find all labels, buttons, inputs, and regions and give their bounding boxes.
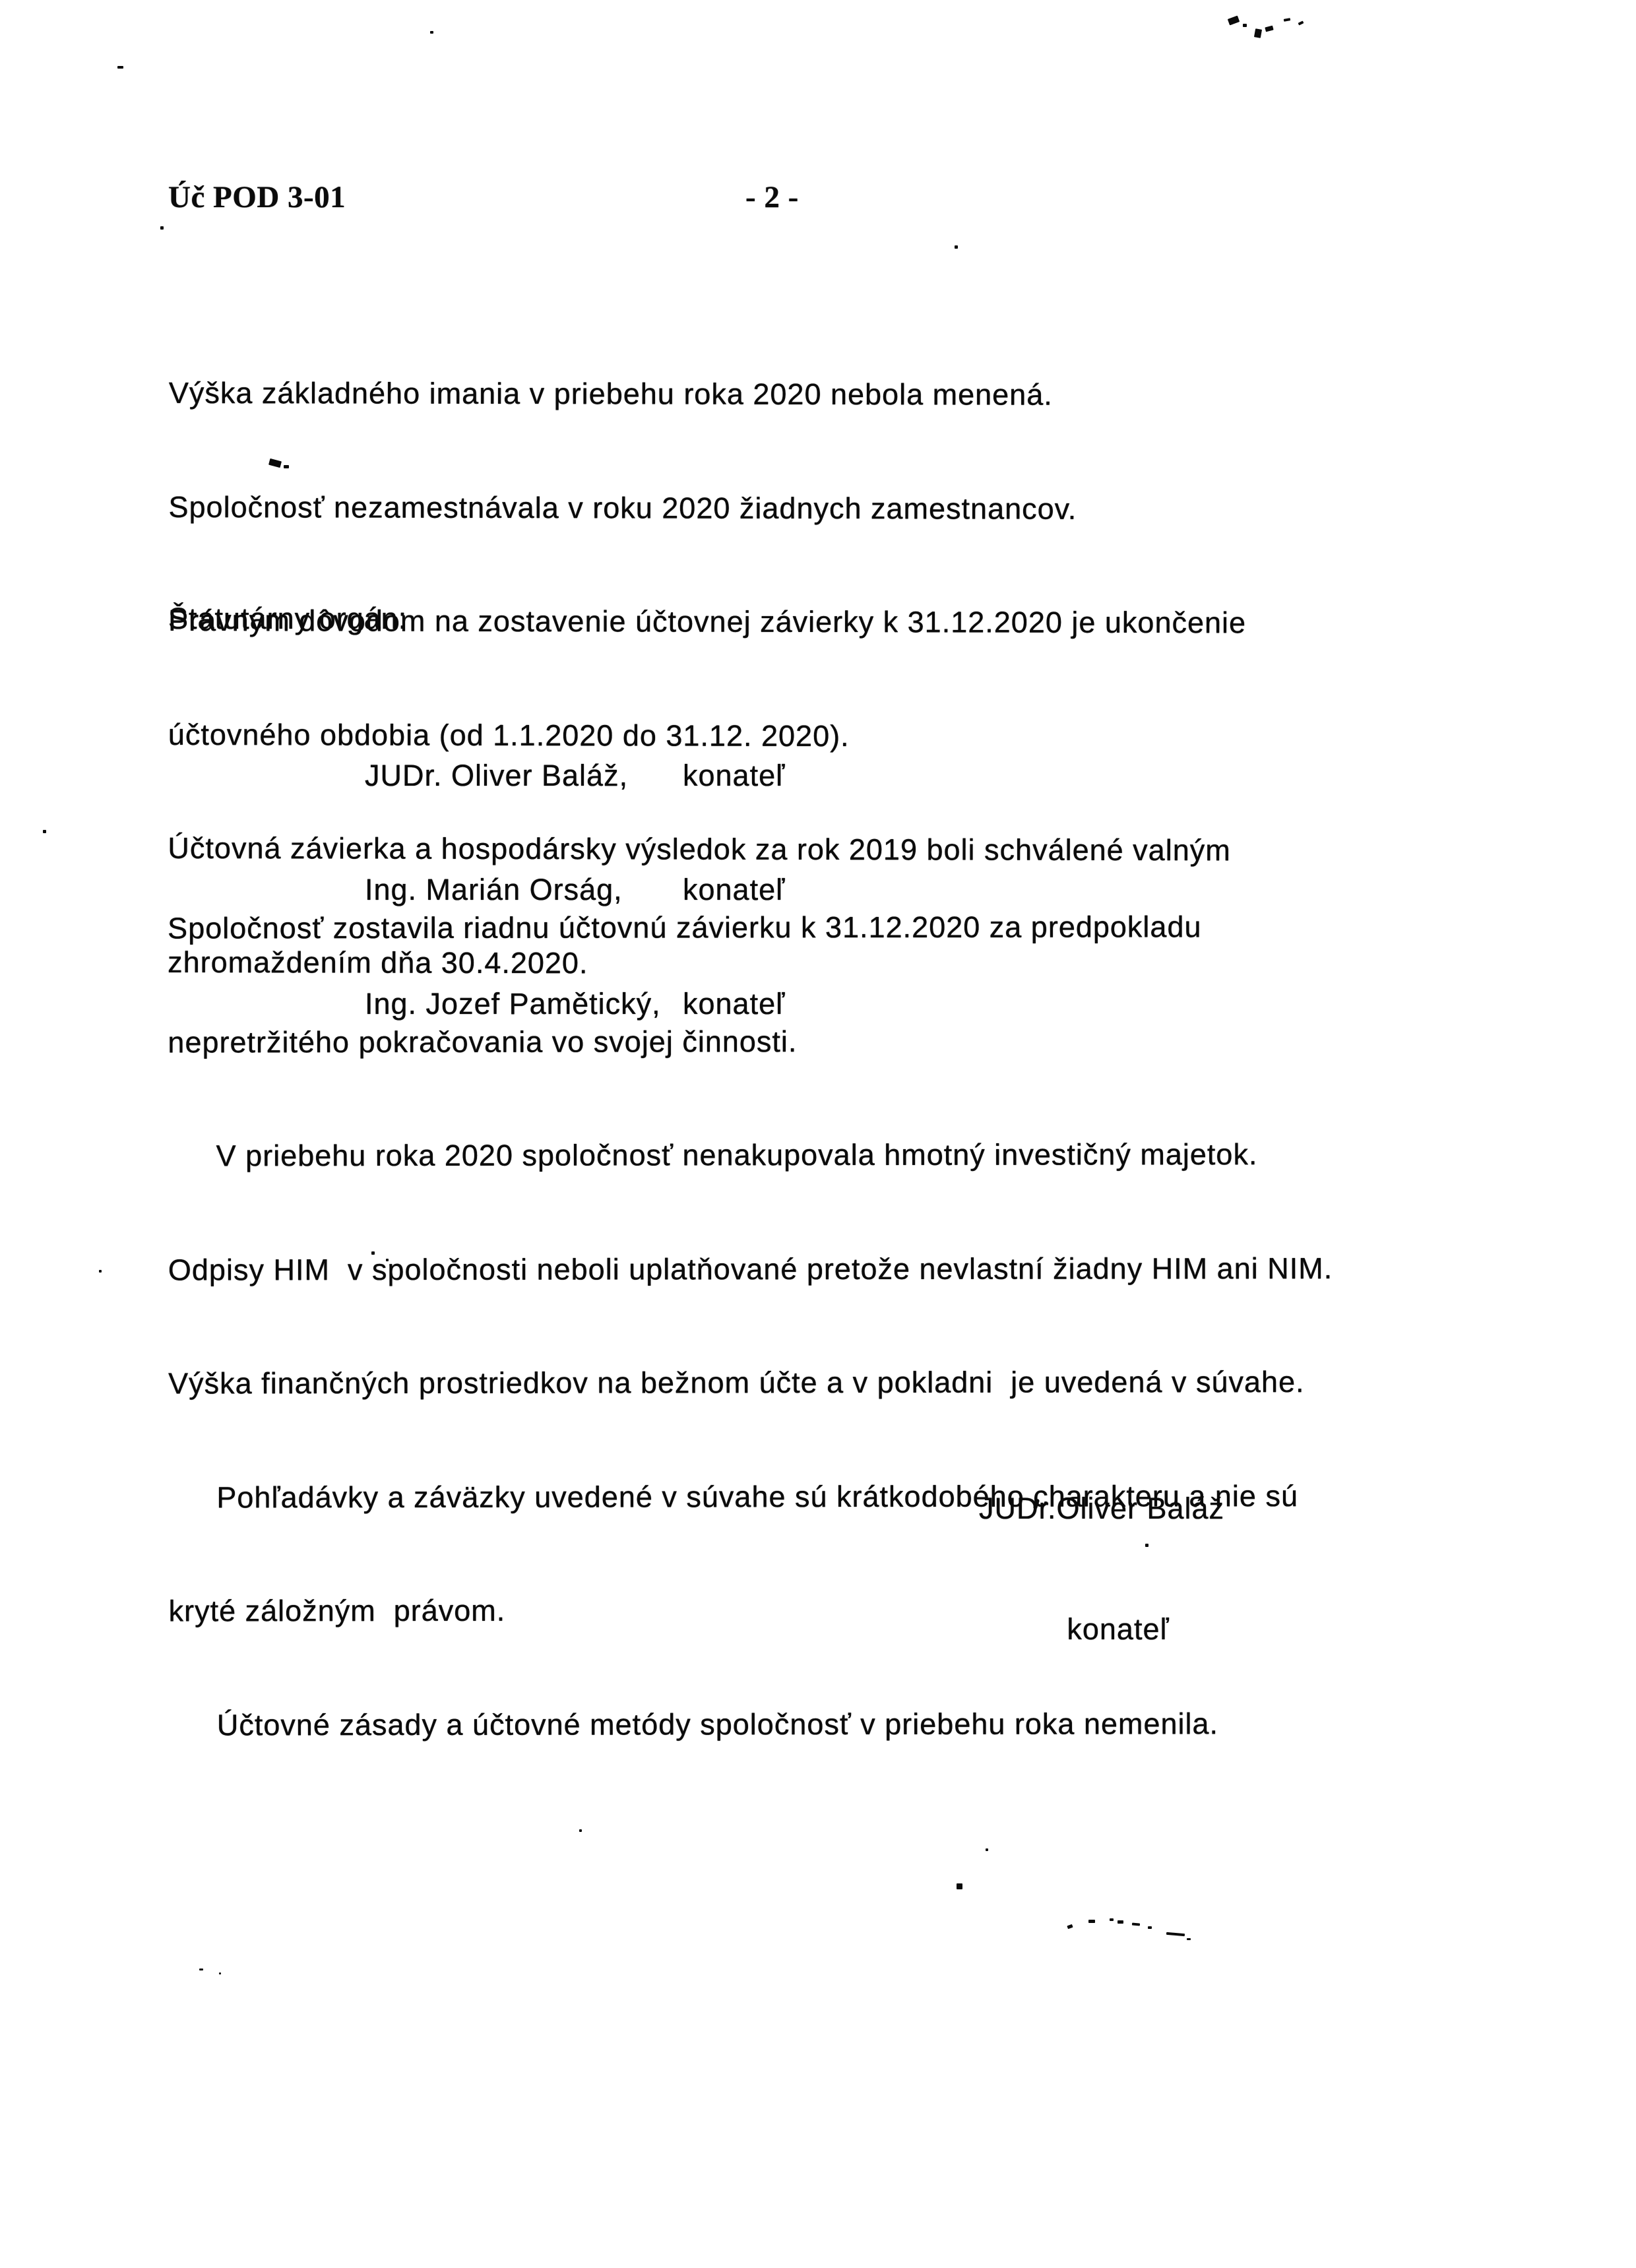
page-number: - 2 -	[745, 179, 799, 215]
scan-speck	[986, 1848, 988, 1851]
scan-speck	[371, 1251, 375, 1255]
paragraph-notes: Spoločnosť zostavila riadnu účtovnú závi…	[168, 832, 1554, 1820]
scan-speck	[1088, 1920, 1095, 1923]
scan-speck	[1243, 24, 1247, 27]
scan-speck	[955, 245, 958, 249]
document-header: Úč POD 3-01 - 2 -	[0, 179, 1636, 219]
text-line: V priebehu roka 2020 spoločnosť nenakupo…	[168, 1135, 1554, 1175]
scan-speck	[219, 1972, 221, 1974]
text-line: Odpisy HIM v spoločnosti neboli uplatňov…	[168, 1249, 1554, 1288]
scan-speck	[1166, 1932, 1185, 1936]
text-line: Účtovné zásady a účtovné metódy spoločno…	[169, 1704, 1554, 1744]
scan-speck	[579, 1829, 582, 1832]
text-line: Výška finančných prostriedkov na bežnom …	[168, 1363, 1554, 1402]
scan-speck	[1284, 18, 1291, 22]
scan-speck	[1145, 1544, 1148, 1547]
statutory-heading: Štatutárny orgán:	[168, 600, 407, 638]
scan-speck	[1117, 1920, 1123, 1924]
scan-speck	[1132, 1922, 1140, 1926]
scan-speck	[1228, 16, 1240, 26]
scan-speck	[1148, 1926, 1152, 1929]
scan-speck	[284, 465, 289, 468]
signature-block: JUDr.Oliver Baláž konateľ	[970, 1408, 1234, 1730]
scan-speck	[1110, 1918, 1114, 1921]
scan-speck	[1187, 1938, 1191, 1940]
statutory-member-row: JUDr. Oliver Baláž, konateľ	[365, 757, 785, 795]
text-line: Výška základného imania v priebehu roka …	[169, 374, 1488, 415]
text-line: Pohľadávky a záväzky uvedené v súvahe sú…	[168, 1476, 1554, 1516]
form-code: Úč POD 3-01	[168, 179, 346, 215]
scan-speck	[160, 226, 164, 230]
text-line: kryté záložným právom.	[169, 1591, 1554, 1630]
scan-speck	[199, 1969, 203, 1970]
text-line: nepretržitého pokračovania vo svojej čin…	[168, 1021, 1553, 1061]
member-name: JUDr. Oliver Baláž,	[365, 757, 683, 795]
scan-speck	[957, 1883, 962, 1889]
signature-name: JUDr.Oliver Baláž	[970, 1488, 1234, 1528]
text-line: Spoločnosť nezamestnávala v roku 2020 ži…	[168, 488, 1488, 528]
text-line: Spoločnosť zostavila riadnu účtovnú závi…	[168, 908, 1553, 947]
scan-speck	[386, 1259, 389, 1261]
scan-speck	[1254, 28, 1262, 38]
scan-speck	[1265, 26, 1273, 32]
scanned-document-page: Úč POD 3-01 - 2 - Výška základného imani…	[0, 0, 1636, 2268]
scan-speck	[430, 31, 433, 34]
signature-role: konateľ	[986, 1609, 1250, 1649]
member-role: konateľ	[683, 757, 785, 795]
scan-speck	[1298, 20, 1304, 25]
scan-speck	[43, 830, 46, 833]
scan-speck	[117, 66, 123, 69]
scan-speck	[99, 1270, 102, 1273]
scan-speck	[1067, 1924, 1073, 1929]
